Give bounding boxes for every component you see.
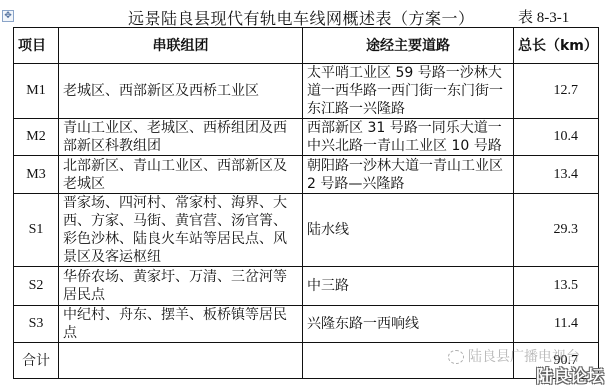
row-roads: 朝阳路一沙林大道一青山工业区 2 号路—兴隆路 <box>303 156 514 194</box>
header-length: 总长（km） <box>514 28 599 64</box>
row-length: 12.7 <box>514 64 599 119</box>
row-groups: 晋家场、四河村、常家村、海界、大西、方家、马街、黄官营、汤官箐、彩色沙林、陆良火… <box>59 194 303 267</box>
table-row: S2 华侨农场、黄家圩、万清、三岔河等居民点 中三路 13.5 <box>14 267 599 306</box>
row-length: 13.5 <box>514 267 599 306</box>
row-groups: 老城区、西部新区及西桥工业区 <box>59 64 303 119</box>
row-id: S1 <box>14 194 59 267</box>
table-number: 表 8-3-1 <box>518 6 569 27</box>
row-roads: 西部新区 31 号路一同乐大道一中兴北路一青山工业区 10 号路 <box>303 119 514 156</box>
header-roads: 途经主要道路 <box>303 28 514 64</box>
row-id: M2 <box>14 119 59 156</box>
row-length: 29.3 <box>514 194 599 267</box>
wechat-icon <box>448 350 464 364</box>
row-roads: 中三路 <box>303 267 514 306</box>
row-roads: 太平哨工业区 59 号路一沙林大道一西华路一西门街一东门街一东江路一兴隆路 <box>303 64 514 119</box>
row-length: 10.4 <box>514 119 599 156</box>
table-row: M1 老城区、西部新区及西桥工业区 太平哨工业区 59 号路一沙林大道一西华路一… <box>14 64 599 119</box>
row-roads: 陆水线 <box>303 194 514 267</box>
row-length: 11.4 <box>514 306 599 343</box>
header-item: 项目 <box>14 28 59 64</box>
table-row: M2 青山工业区、老城区、西桥组团及西部新区科教组团 西部新区 31 号路一同乐… <box>14 119 599 156</box>
total-groups <box>59 343 303 379</box>
watermark-forum: 陆良论坛 <box>536 362 604 387</box>
row-groups: 中纪村、舟东、摆羊、板桥镇等居民点 <box>59 306 303 343</box>
total-label: 合计 <box>14 343 59 379</box>
table-row: S1 晋家场、四河村、常家村、海界、大西、方家、马街、黄官营、汤官箐、彩色沙林、… <box>14 194 599 267</box>
table-row: M3 北部新区、青山工业区、西部新区及老城区 朝阳路一沙林大道一青山工业区 2 … <box>14 156 599 194</box>
table-move-handle-icon[interactable]: ✥ <box>2 10 14 22</box>
row-id: S2 <box>14 267 59 306</box>
table-header-row: 项目 串联组团 途经主要道路 总长（km） <box>14 28 599 64</box>
row-id: M3 <box>14 156 59 194</box>
row-roads: 兴隆东路一西响线 <box>303 306 514 343</box>
row-groups: 北部新区、青山工业区、西部新区及老城区 <box>59 156 303 194</box>
table-row: S3 中纪村、舟东、摆羊、板桥镇等居民点 兴隆东路一西响线 11.4 <box>14 306 599 343</box>
row-id: S3 <box>14 306 59 343</box>
overview-table: 项目 串联组团 途经主要道路 总长（km） M1 老城区、西部新区及西桥工业区 … <box>13 27 599 379</box>
row-id: M1 <box>14 64 59 119</box>
row-groups: 华侨农场、黄家圩、万清、三岔河等居民点 <box>59 267 303 306</box>
header-groups: 串联组团 <box>59 28 303 64</box>
document-title: 远景陆良县现代有轨电车线网概述表（方案一） <box>128 6 475 29</box>
row-groups: 青山工业区、老城区、西桥组团及西部新区科教组团 <box>59 119 303 156</box>
row-length: 13.4 <box>514 156 599 194</box>
